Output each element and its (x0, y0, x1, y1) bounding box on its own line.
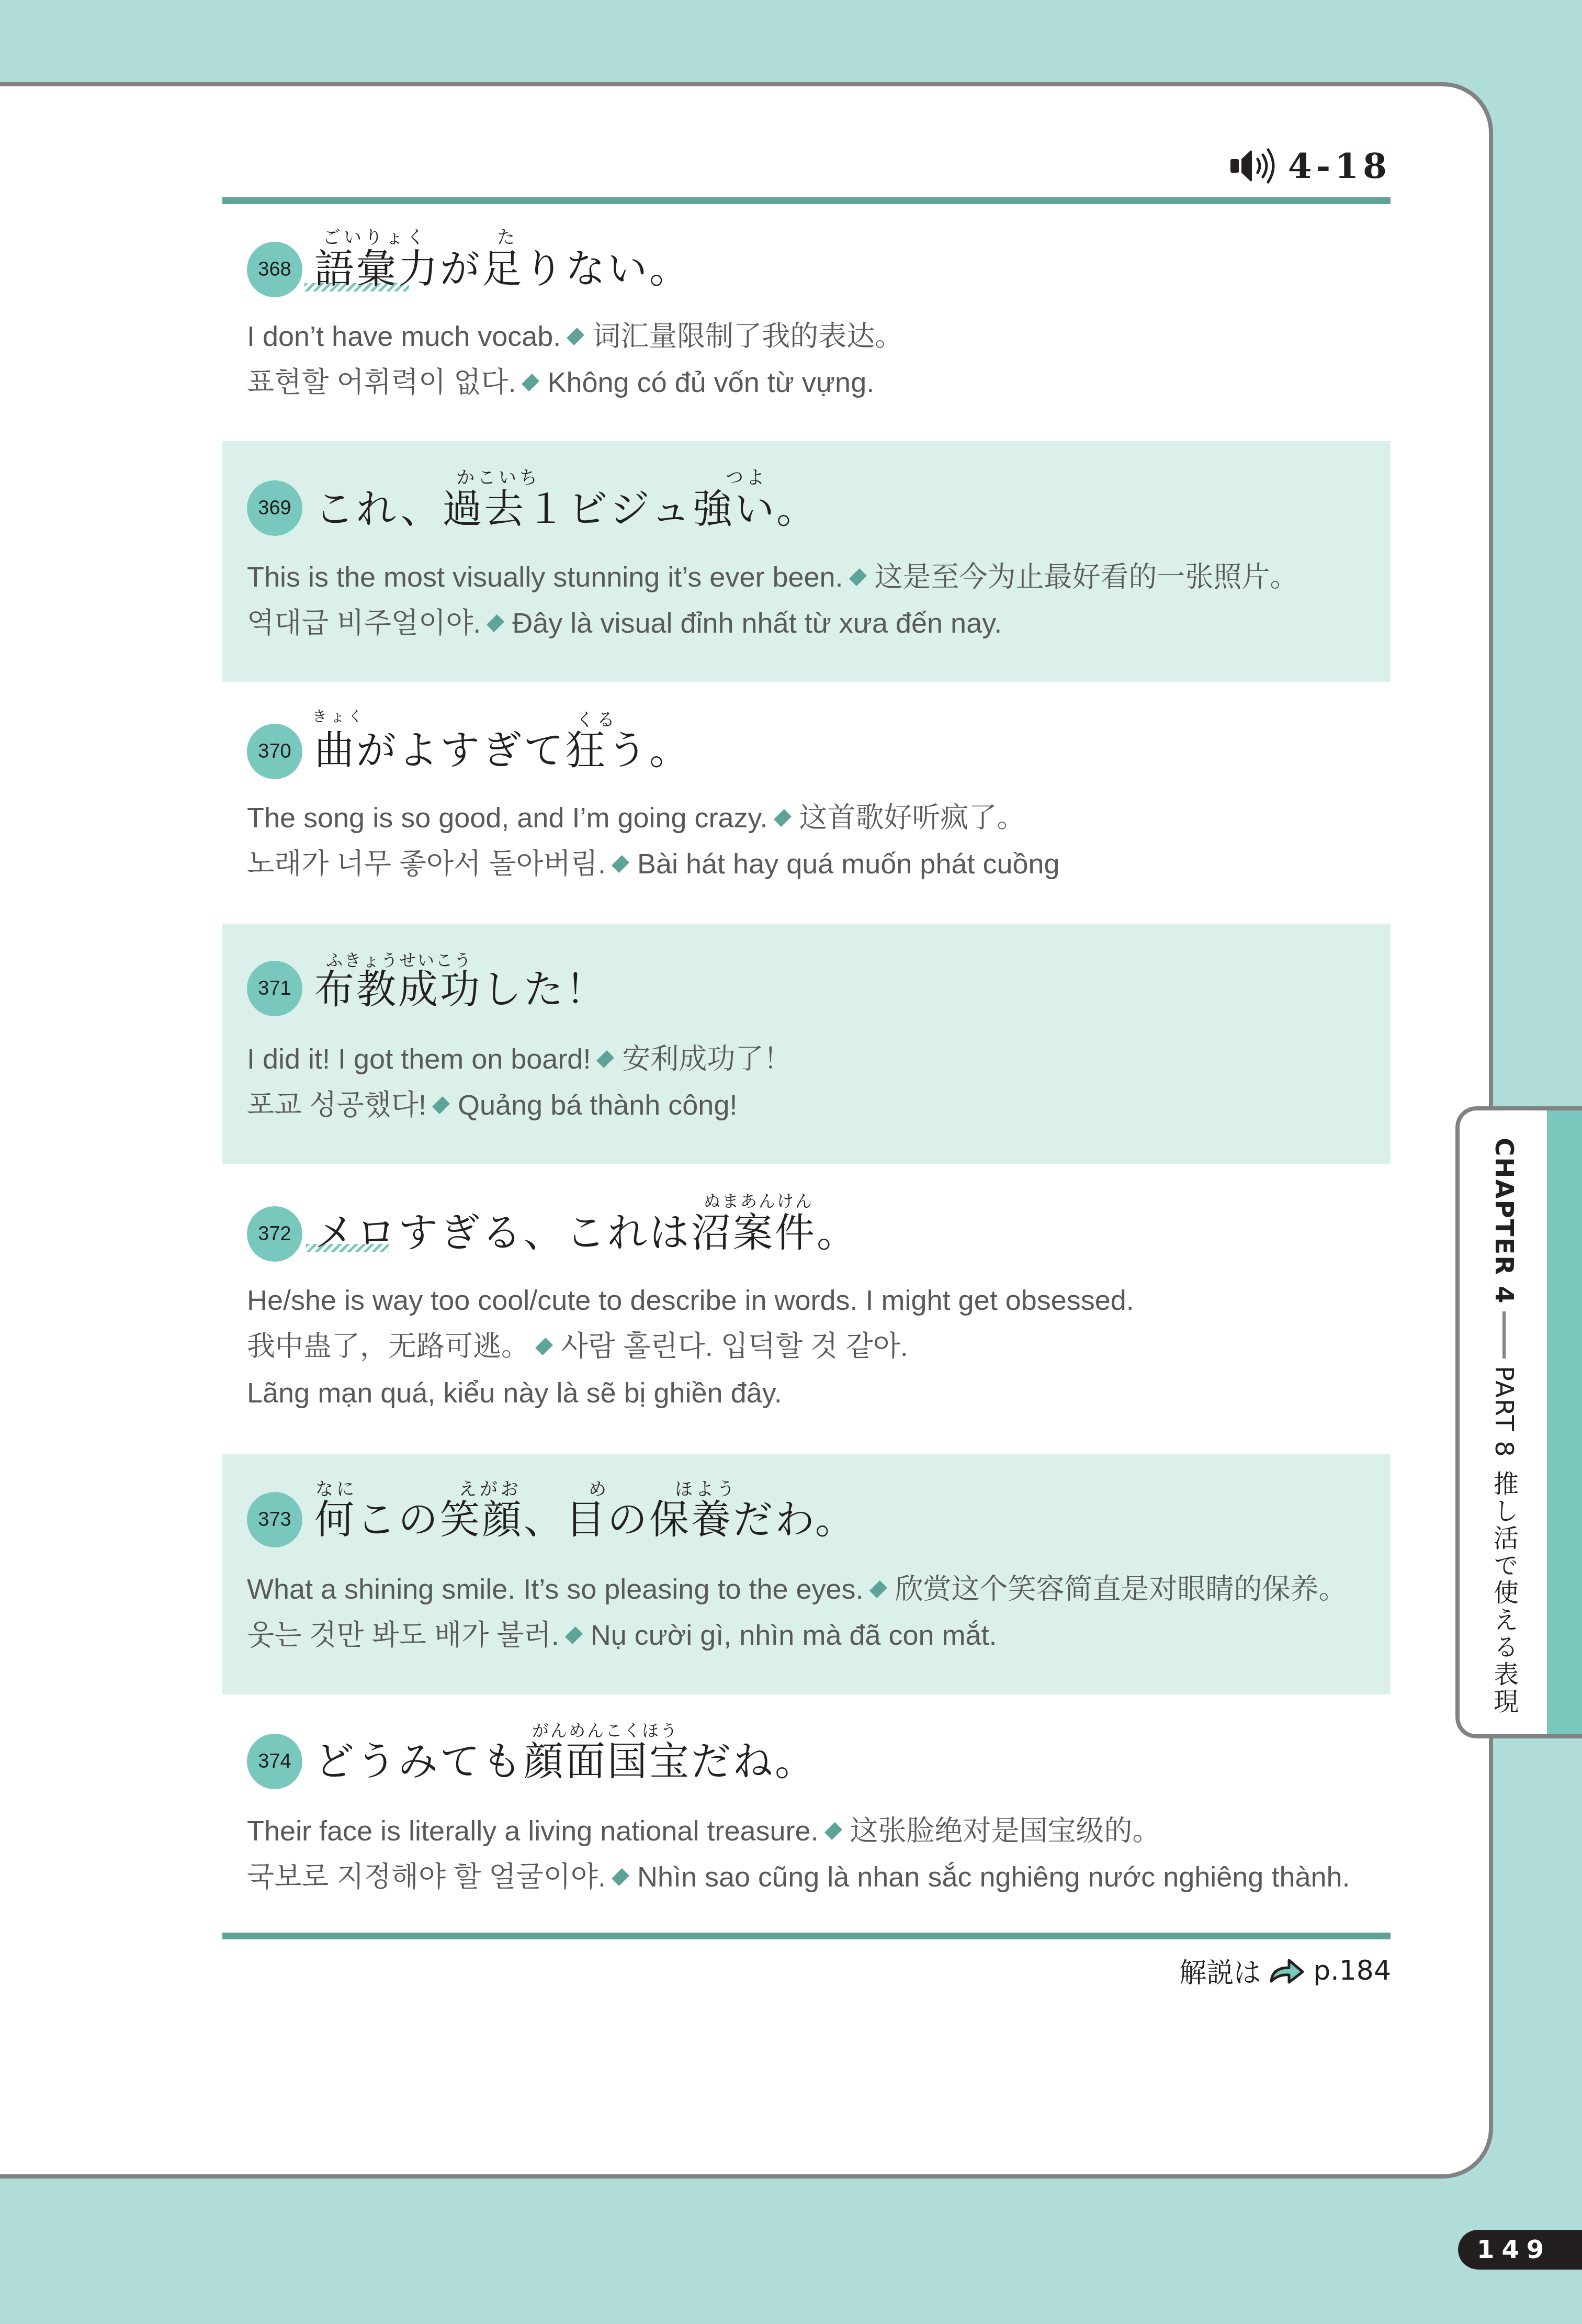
ruby-reading: ぬまあんけん (704, 1188, 813, 1212)
japanese-phrase: メロすぎる、これは沼案件。 (314, 1213, 858, 1253)
entry-number-badge: 370 (247, 724, 302, 779)
japanese-phrase: どうみても顔面国宝だね。 (314, 1742, 817, 1781)
english-translation: He/she is way too cool/cute to describe … (247, 1285, 1134, 1316)
diamond-bullet-icon (869, 1580, 887, 1598)
page-number: 149 (1458, 2230, 1582, 2270)
japanese-phrase: 何この笑顔、目の保養だわ。 (314, 1500, 857, 1540)
diamond-bullet-icon (849, 568, 867, 586)
chapter-side-tab[interactable]: CHAPTER 4 PART 8 推し活で使える表現 (1455, 1106, 1582, 1738)
entry-number-badge: 371 (247, 961, 302, 1016)
chinese-translation: 词汇量限制了我的表达。 (592, 321, 903, 352)
chapter-label: CHAPTER 4 (1489, 1138, 1519, 1304)
phrase-entry-373: 373 なに えがお め ほよう 何この笑顔、目の保養だわ。 What a sh… (222, 1454, 1391, 1694)
vietnamese-translation: Nụ cười gì, nhìn mà đã con mắt. (591, 1620, 997, 1651)
korean-translation: 표현할 어휘력이 없다. (247, 367, 516, 398)
translation-line-1: I don’t have much vocab.词汇量限制了我的表达。 (247, 322, 903, 351)
phrase-entry-368: 368 ごいりょく た 語彙力が足りない。 I don’t have much … (222, 208, 1391, 439)
page-number-text: 149 (1477, 2235, 1551, 2264)
korean-translation: 노래가 너무 좋아서 돌아버림. (247, 848, 606, 880)
commentary-reference-link[interactable]: 解説は p.184 (1179, 1951, 1391, 1990)
tab-separator (1502, 1311, 1506, 1359)
translation-line-1: The song is so good, and I’m going crazy… (247, 804, 1025, 832)
korean-translation: 역대급 비주얼이야. (247, 608, 481, 639)
translation-line-1: I did it! I got them on board!安利成功了！ (247, 1045, 792, 1073)
entry-number-badge: 374 (247, 1734, 302, 1789)
diamond-bullet-icon (522, 374, 540, 391)
diamond-bullet-icon (487, 614, 504, 632)
entry-number-badge: 368 (247, 242, 302, 297)
chinese-translation: 这是至今为止最好看的一张照片。 (875, 562, 1298, 593)
translation-line-2: 我中蛊了，无路可逃。사람 홀린다. 입덕할 것 같아. (247, 1332, 908, 1361)
chinese-translation: 我中蛊了，无路可逃。 (247, 1331, 529, 1362)
translation-line-2: 국보로 지정해야 할 얼굴이야.Nhìn sao cũng là nhan sắ… (247, 1863, 1350, 1891)
korean-translation: 포교 성공했다! (247, 1090, 426, 1121)
commentary-label: 解説は (1179, 1951, 1261, 1990)
korean-translation: 사람 홀린다. 입덕할 것 같아. (561, 1331, 908, 1362)
bottom-rule (222, 1933, 1391, 1939)
part-label: PART 8 (1489, 1366, 1519, 1458)
diamond-bullet-icon (824, 1822, 842, 1840)
vietnamese-translation: Quảng bá thành công! (458, 1090, 737, 1121)
diamond-bullet-icon (432, 1096, 450, 1114)
translation-line-3: Lãng mạn quá, kiểu này là sẽ bị ghiền đâ… (247, 1379, 782, 1407)
japanese-phrase: 布教成功した！ (314, 970, 607, 1009)
diamond-bullet-icon (535, 1338, 553, 1355)
phrase-entry-371: 371 ふきょうせいこう 布教成功した！ I did it! I got the… (222, 924, 1391, 1164)
english-translation: I did it! I got them on board! (247, 1043, 591, 1075)
japanese-phrase: 曲がよすぎて狂う。 (314, 731, 691, 770)
entry-number-badge: 372 (247, 1206, 302, 1262)
translation-line-1: He/she is way too cool/cute to describe … (247, 1286, 1134, 1315)
translation-line-1: This is the most visually stunning it’s … (247, 563, 1298, 591)
ruby-reading: きょく (312, 705, 366, 726)
reference-page: p.184 (1313, 1955, 1391, 1986)
translation-line-2: 포교 성공했다!Quảng bá thành công! (247, 1091, 737, 1119)
korean-translation: 웃는 것만 봐도 배가 불러. (247, 1620, 559, 1651)
section-title: 推し活で使える表現 (1486, 1470, 1522, 1715)
entry-number-badge: 369 (247, 480, 302, 536)
diamond-bullet-icon (774, 809, 792, 827)
english-translation: What a shining smile. It’s so pleasing t… (247, 1574, 864, 1605)
english-translation: This is the most visually stunning it’s … (247, 562, 843, 593)
diamond-bullet-icon (567, 328, 584, 345)
vietnamese-translation: Đây là visual đỉnh nhất từ xưa đến nay. (512, 608, 1002, 639)
vietnamese-translation: Bài hát hay quá muốn phát cuồng (637, 848, 1060, 880)
phrase-entry-370: 370 きょく くる 曲がよすぎて狂う。 The song is so good… (222, 682, 1391, 923)
tab-accent-strip (1547, 1110, 1582, 1734)
chinese-translation: 这首歌好听疯了。 (799, 802, 1025, 834)
ruby-reading: かこいち (457, 463, 540, 489)
phrase-entry-369: 369 かこいち つよ これ、過去１ビジュ強い。 This is the mos… (222, 441, 1391, 682)
diamond-bullet-icon (565, 1626, 583, 1644)
arrow-icon (1268, 1956, 1306, 1985)
speaker-icon (1230, 148, 1283, 184)
english-translation: I don’t have much vocab. (247, 321, 561, 352)
translation-line-1: What a shining smile. It’s so pleasing t… (247, 1575, 1347, 1603)
translation-line-1: Their face is literally a living nationa… (247, 1817, 1161, 1845)
english-translation: The song is so good, and I’m going crazy… (247, 802, 768, 834)
chinese-translation: 安利成功了！ (622, 1043, 792, 1075)
track-number: 4-18 (1288, 145, 1391, 186)
translation-line-2: 역대급 비주얼이야.Đây là visual đỉnh nhất từ xưa… (247, 609, 1002, 637)
translation-line-2: 웃는 것만 봐도 배가 불러.Nụ cười gì, nhìn mà đã co… (247, 1621, 997, 1649)
japanese-phrase: これ、過去１ビジュ強い。 (314, 489, 818, 529)
chapter-tab-label: CHAPTER 4 PART 8 推し活で使える表現 (1481, 1138, 1528, 1715)
phrase-entry-372: 372 ぬまあんけん メロすぎる、これは沼案件。 He/she is way t… (222, 1164, 1391, 1450)
ruby-reading: た (497, 223, 518, 249)
translation-line-2: 노래가 너무 좋아서 돌아버림.Bài hát hay quá muốn phá… (247, 850, 1060, 878)
vietnamese-translation: Nhìn sao cũng là nhan sắc nghiêng nước n… (637, 1861, 1350, 1893)
english-translation: Their face is literally a living nationa… (247, 1815, 819, 1847)
entry-number-badge: 373 (247, 1492, 302, 1547)
ruby-reading: つよ (726, 463, 767, 489)
diamond-bullet-icon (612, 855, 629, 873)
audio-track-header[interactable]: 4-18 (1230, 137, 1391, 195)
phrase-entry-374: 374 がんめんこくほう どうみても顔面国宝だね。 Their face is … (222, 1696, 1391, 1926)
diamond-bullet-icon (596, 1050, 614, 1068)
vietnamese-translation: Lãng mạn quá, kiểu này là sẽ bị ghiền đâ… (247, 1377, 782, 1409)
ruby-reading: ごいりょく (323, 223, 427, 249)
top-rule (222, 197, 1391, 204)
diamond-bullet-icon (612, 1868, 629, 1886)
vietnamese-translation: Không có đủ vốn từ vựng. (547, 367, 874, 398)
korean-translation: 국보로 지정해야 할 얼굴이야. (247, 1861, 606, 1893)
chinese-translation: 欣赏这个笑容简直是对眼睛的保养。 (895, 1574, 1347, 1605)
chinese-translation: 这张脸绝对是国宝级的。 (850, 1815, 1161, 1847)
japanese-phrase: 語彙力が足りない。 (314, 249, 691, 289)
translation-line-2: 표현할 어휘력이 없다.Không có đủ vốn từ vựng. (247, 368, 874, 397)
